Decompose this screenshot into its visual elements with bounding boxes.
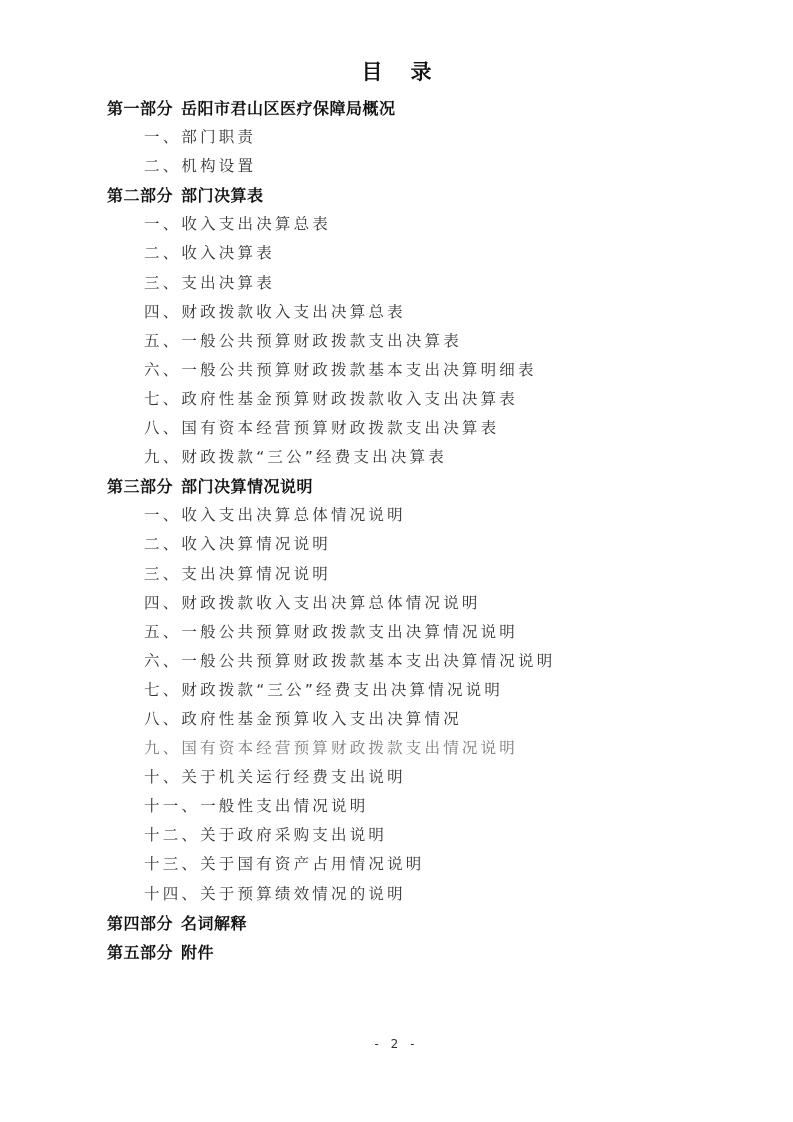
toc-part-5[interactable]: 第五部分附件 bbox=[107, 938, 727, 967]
part-label: 第二部分 bbox=[107, 186, 173, 205]
toc-title: 目录 bbox=[0, 56, 793, 86]
toc-item[interactable]: 十、关于机关运行经费支出说明 bbox=[107, 763, 727, 792]
part-title: 附件 bbox=[181, 943, 214, 962]
toc-item[interactable]: 八、政府性基金预算收入支出决算情况 bbox=[107, 705, 727, 734]
part-title: 部门决算表 bbox=[181, 186, 264, 205]
toc-item[interactable]: 十一、一般性支出情况说明 bbox=[107, 792, 727, 821]
page-number: - 2 - bbox=[0, 1037, 793, 1051]
toc-item[interactable]: 三、支出决算情况说明 bbox=[107, 560, 727, 589]
toc-item[interactable]: 六、一般公共预算财政拨款基本支出决算明细表 bbox=[107, 356, 727, 385]
toc-part-3[interactable]: 第三部分部门决算情况说明 bbox=[107, 472, 727, 501]
toc-item[interactable]: 八、国有资本经营预算财政拨款支出决算表 bbox=[107, 414, 727, 443]
table-of-contents: 第一部分岳阳市君山区医疗保障局概况 一、部门职责 二、机构设置 第二部分部门决算… bbox=[107, 94, 727, 967]
toc-item[interactable]: 十四、关于预算绩效情况的说明 bbox=[107, 880, 727, 909]
part-label: 第五部分 bbox=[107, 943, 173, 962]
toc-item[interactable]: 九、财政拨款“三公”经费支出决算表 bbox=[107, 443, 727, 472]
toc-item[interactable]: 十二、关于政府采购支出说明 bbox=[107, 821, 727, 850]
toc-item[interactable]: 五、一般公共预算财政拨款支出决算情况说明 bbox=[107, 618, 727, 647]
toc-item[interactable]: 一、收入支出决算总表 bbox=[107, 210, 727, 239]
toc-item[interactable]: 四、财政拨款收入支出决算总体情况说明 bbox=[107, 589, 727, 618]
toc-part-4[interactable]: 第四部分名词解释 bbox=[107, 909, 727, 938]
toc-part-1[interactable]: 第一部分岳阳市君山区医疗保障局概况 bbox=[107, 94, 727, 123]
part-title: 部门决算情况说明 bbox=[181, 477, 313, 496]
toc-item[interactable]: 七、政府性基金预算财政拨款收入支出决算表 bbox=[107, 385, 727, 414]
toc-part-2[interactable]: 第二部分部门决算表 bbox=[107, 181, 727, 210]
part-title: 岳阳市君山区医疗保障局概况 bbox=[181, 99, 396, 118]
toc-item[interactable]: 二、机构设置 bbox=[107, 152, 727, 181]
toc-item[interactable]: 二、收入决算情况说明 bbox=[107, 530, 727, 559]
toc-item[interactable]: 五、一般公共预算财政拨款支出决算表 bbox=[107, 327, 727, 356]
toc-item[interactable]: 一、部门职责 bbox=[107, 123, 727, 152]
toc-item[interactable]: 三、支出决算表 bbox=[107, 269, 727, 298]
part-label: 第三部分 bbox=[107, 477, 173, 496]
part-label: 第一部分 bbox=[107, 99, 173, 118]
toc-item[interactable]: 十三、关于国有资产占用情况说明 bbox=[107, 850, 727, 879]
part-label: 第四部分 bbox=[107, 914, 173, 933]
part-title: 名词解释 bbox=[181, 914, 247, 933]
toc-item[interactable]: 一、收入支出决算总体情况说明 bbox=[107, 501, 727, 530]
toc-item[interactable]: 二、收入决算表 bbox=[107, 239, 727, 268]
toc-item[interactable]: 九、国有资本经营预算财政拨款支出情况说明 bbox=[107, 734, 727, 763]
toc-item[interactable]: 六、一般公共预算财政拨款基本支出决算情况说明 bbox=[107, 647, 727, 676]
toc-item[interactable]: 七、财政拨款“三公”经费支出决算情况说明 bbox=[107, 676, 727, 705]
toc-item[interactable]: 四、财政拨款收入支出决算总表 bbox=[107, 298, 727, 327]
